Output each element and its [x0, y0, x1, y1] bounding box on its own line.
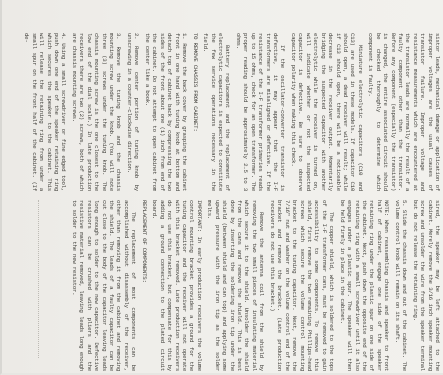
paragraph: Remove the antenna coil from the shield …	[206, 200, 265, 371]
paragraph: NOTE: When reassembling chassis and spea…	[338, 200, 390, 371]
paragraph: sistor leads, mechanical damage or appli…	[367, 33, 441, 191]
paragraph: 1. Remove the back cover by grasping the…	[144, 33, 188, 191]
section-heading: REPLACEMENT OF COMPONENTS:	[140, 200, 147, 371]
right-text-column: sired, the speaker may be left attached …	[2, 200, 441, 371]
paragraph: The replacement of most components can b…	[71, 200, 138, 371]
paragraph: Miniature electrolytic capacitors (C10 a…	[290, 33, 364, 191]
paragraph: IMPORTANT: In early production receivers…	[151, 200, 203, 371]
paragraph: sired, the speaker may be left attached …	[411, 200, 441, 371]
scanned-page-canvas: sistor leads, mechanical damage or appli…	[0, 0, 443, 375]
paragraph: 5. Slide the chassis down and out of the…	[393, 200, 408, 371]
paragraph: 3. Remove the tuning knob and the chassi…	[71, 33, 123, 191]
section-heading: TO REMOVE CHASSIS FROM CABINET:	[191, 33, 198, 191]
paragraph: The copper shield, which is soldered to …	[269, 200, 336, 371]
crease-dotted-line	[38, 200, 39, 358]
document-sheet: sistor leads, mechanical damage or appli…	[0, 0, 443, 375]
paragraph: Battery replacement and the replacement …	[202, 33, 232, 191]
paragraph: If the oscillator-converter transistor i…	[235, 33, 287, 191]
paragraph: 4. Using a small screwdriver or fine edg…	[23, 33, 67, 191]
paragraph: 2. Remove center portion of tuning knob …	[126, 33, 141, 191]
left-text-column: sistor leads, mechanical damage or appli…	[2, 33, 441, 191]
